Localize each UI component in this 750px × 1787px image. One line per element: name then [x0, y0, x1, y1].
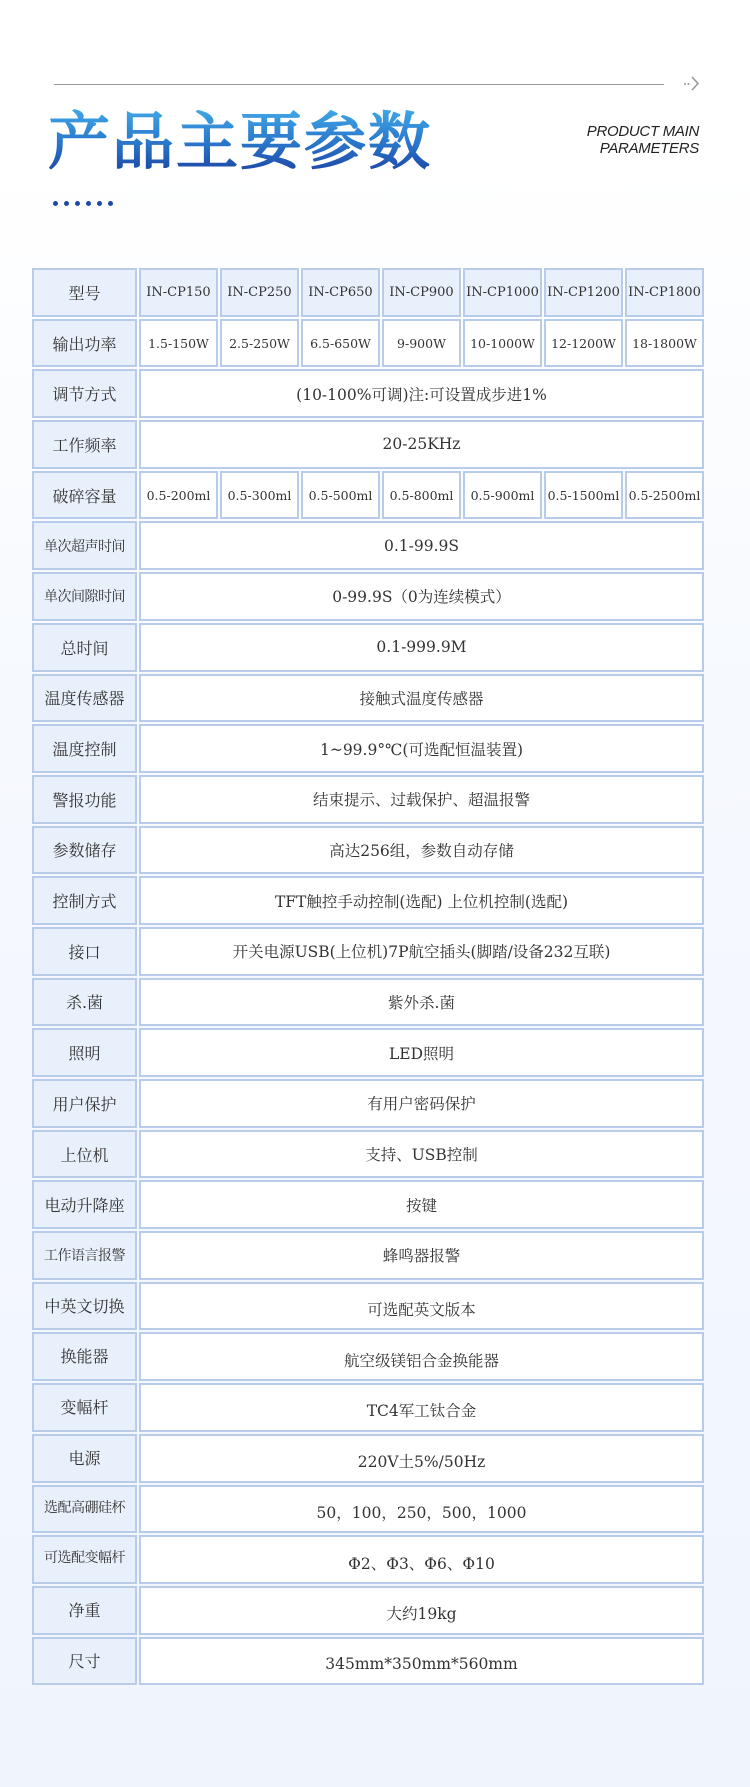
value-cell: 1~99.9°℃(可选配恒温装置) [139, 724, 704, 773]
value-cell: 18-1800W [625, 319, 704, 368]
value-cell: 0.5-300ml [220, 471, 299, 520]
table-row: 温度传感器 接触式温度传感器 [32, 674, 704, 723]
table-row: 参数储存 高达256组，参数自动存储 [32, 826, 704, 875]
row-label: 控制方式 [32, 876, 137, 925]
table-row: 变幅杆 TC4军工钛合金 [32, 1383, 704, 1432]
table-row-capacity: 破碎容量 0.5-200ml 0.5-300ml 0.5-500ml 0.5-8… [32, 471, 704, 520]
model-cell: IN-CP650 [301, 268, 380, 317]
row-label: 破碎容量 [32, 471, 137, 520]
table-row: 换能器 航空级镁铝合金换能器 [32, 1332, 704, 1381]
value-cell: 航空级镁铝合金换能器 [139, 1332, 704, 1381]
value-cell: 0.5-2500ml [625, 471, 704, 520]
row-label: 型号 [32, 268, 137, 317]
model-cell: IN-CP250 [220, 268, 299, 317]
table-row: 工作语言报警 蜂鸣器报警 [32, 1231, 704, 1280]
row-label: 照明 [32, 1028, 137, 1077]
table-row: 控制方式 TFT触控手动控制(选配) 上位机控制(选配) [32, 876, 704, 925]
row-label: 总时间 [32, 623, 137, 672]
table-row: 接口 开关电源USB(上位机)7P航空插头(脚踏/设备232互联) [32, 927, 704, 976]
table-row-model: 型号 IN-CP150 IN-CP250 IN-CP650 IN-CP900 I… [32, 268, 704, 317]
table-row: 中英文切换 可选配英文版本 [32, 1282, 704, 1331]
table-row: 尺寸 345mm*350mm*560mm [32, 1637, 704, 1686]
page-title: 产品主要参数 [48, 104, 432, 180]
table-row: 选配高硼硅杯 50，100，250，500，1000 [32, 1485, 704, 1534]
row-label: 工作语言报警 [32, 1231, 137, 1280]
row-label: 可选配变幅杆 [32, 1535, 137, 1584]
value-cell: 12-1200W [544, 319, 623, 368]
dot-icon [108, 201, 113, 206]
row-label: 警报功能 [32, 775, 137, 824]
value-cell: TC4军工钛合金 [139, 1383, 704, 1432]
value-cell: 0.5-1500ml [544, 471, 623, 520]
table-row: 调节方式 (10-100%可调)注:可设置成步进1% [32, 369, 704, 418]
row-label: 上位机 [32, 1130, 137, 1179]
dot-icon [53, 201, 58, 206]
value-cell: 9-900W [382, 319, 461, 368]
value-cell: 0.1-999.9M [139, 623, 704, 672]
table-row: 单次超声时间 0.1-99.9S [32, 521, 704, 570]
value-cell: 6.5-650W [301, 319, 380, 368]
row-label: 选配高硼硅杯 [32, 1485, 137, 1534]
value-cell: 0.5-500ml [301, 471, 380, 520]
table-row: 杀.菌 紫外杀.菌 [32, 978, 704, 1027]
value-cell: 开关电源USB(上位机)7P航空插头(脚踏/设备232互联) [139, 927, 704, 976]
value-cell: LED照明 [139, 1028, 704, 1077]
row-label: 杀.菌 [32, 978, 137, 1027]
row-label: 温度传感器 [32, 674, 137, 723]
value-cell: 1.5-150W [139, 319, 218, 368]
row-label: 接口 [32, 927, 137, 976]
table-row: 温度控制 1~99.9°℃(可选配恒温装置) [32, 724, 704, 773]
value-cell: 接触式温度传感器 [139, 674, 704, 723]
page-subtitle: PRODUCT MAIN PARAMETERS [587, 123, 699, 157]
row-label: 电源 [32, 1434, 137, 1483]
table-row: 照明 LED照明 [32, 1028, 704, 1077]
value-cell: 0-99.9S（0为连续模式） [139, 572, 704, 621]
value-cell: 蜂鸣器报警 [139, 1231, 704, 1280]
value-cell: 可选配英文版本 [139, 1282, 704, 1331]
table-row: 可选配变幅杆 Φ2、Φ3、Φ6、Φ10 [32, 1535, 704, 1584]
value-cell: 0.1-99.9S [139, 521, 704, 570]
subtitle-line-2: PARAMETERS [587, 140, 699, 157]
double-chevron-right-icon [682, 73, 702, 93]
row-label: 输出功率 [32, 319, 137, 368]
value-cell: 紫外杀.菌 [139, 978, 704, 1027]
table-row: 工作频率 20-25KHz [32, 420, 704, 469]
row-label: 单次间隙时间 [32, 572, 137, 621]
value-cell: 0.5-800ml [382, 471, 461, 520]
row-label: 用户保护 [32, 1079, 137, 1128]
table-row: 用户保护 有用户密码保护 [32, 1079, 704, 1128]
model-cell: IN-CP150 [139, 268, 218, 317]
value-cell: 220V土5%/50Hz [139, 1434, 704, 1483]
value-cell: 高达256组，参数自动存储 [139, 826, 704, 875]
model-cell: IN-CP1200 [544, 268, 623, 317]
row-label: 工作频率 [32, 420, 137, 469]
row-label: 温度控制 [32, 724, 137, 773]
dot-icon [97, 201, 102, 206]
row-label: 中英文切换 [32, 1282, 137, 1331]
model-cell: IN-CP1800 [625, 268, 704, 317]
value-cell: 支持、USB控制 [139, 1130, 704, 1179]
row-label: 参数储存 [32, 826, 137, 875]
value-cell: 50，100，250，500，1000 [139, 1485, 704, 1534]
table-row: 净重 大约19kg [32, 1586, 704, 1635]
dot-icon [86, 201, 91, 206]
value-cell: 结束提示、过载保护、超温报警 [139, 775, 704, 824]
value-cell: 大约19kg [139, 1586, 704, 1635]
value-cell: 0.5-200ml [139, 471, 218, 520]
row-label: 变幅杆 [32, 1383, 137, 1432]
decorative-dots [53, 201, 113, 206]
row-label: 净重 [32, 1586, 137, 1635]
value-cell: 20-25KHz [139, 420, 704, 469]
value-cell: 2.5-250W [220, 319, 299, 368]
value-cell: Φ2、Φ3、Φ6、Φ10 [139, 1535, 704, 1584]
table-row-power: 输出功率 1.5-150W 2.5-250W 6.5-650W 9-900W 1… [32, 319, 704, 368]
value-cell: 10-1000W [463, 319, 542, 368]
table-row: 电动升降座 按键 [32, 1180, 704, 1229]
header-divider-line [54, 84, 664, 85]
table-row: 警报功能 结束提示、过载保护、超温报警 [32, 775, 704, 824]
subtitle-line-1: PRODUCT MAIN [587, 123, 699, 140]
row-label: 单次超声时间 [32, 521, 137, 570]
dot-icon [64, 201, 69, 206]
value-cell: (10-100%可调)注:可设置成步进1% [139, 369, 704, 418]
value-cell: 有用户密码保护 [139, 1079, 704, 1128]
model-cell: IN-CP900 [382, 268, 461, 317]
value-cell: 0.5-900ml [463, 471, 542, 520]
row-label: 调节方式 [32, 369, 137, 418]
value-cell: TFT触控手动控制(选配) 上位机控制(选配) [139, 876, 704, 925]
spec-table: 型号 IN-CP150 IN-CP250 IN-CP650 IN-CP900 I… [32, 268, 704, 1687]
row-label: 换能器 [32, 1332, 137, 1381]
row-label: 尺寸 [32, 1637, 137, 1686]
table-row: 上位机 支持、USB控制 [32, 1130, 704, 1179]
row-label: 电动升降座 [32, 1180, 137, 1229]
table-row: 总时间 0.1-999.9M [32, 623, 704, 672]
dot-icon [75, 201, 80, 206]
value-cell: 按键 [139, 1180, 704, 1229]
value-cell: 345mm*350mm*560mm [139, 1637, 704, 1686]
table-row: 电源 220V土5%/50Hz [32, 1434, 704, 1483]
model-cell: IN-CP1000 [463, 268, 542, 317]
table-row: 单次间隙时间 0-99.9S（0为连续模式） [32, 572, 704, 621]
